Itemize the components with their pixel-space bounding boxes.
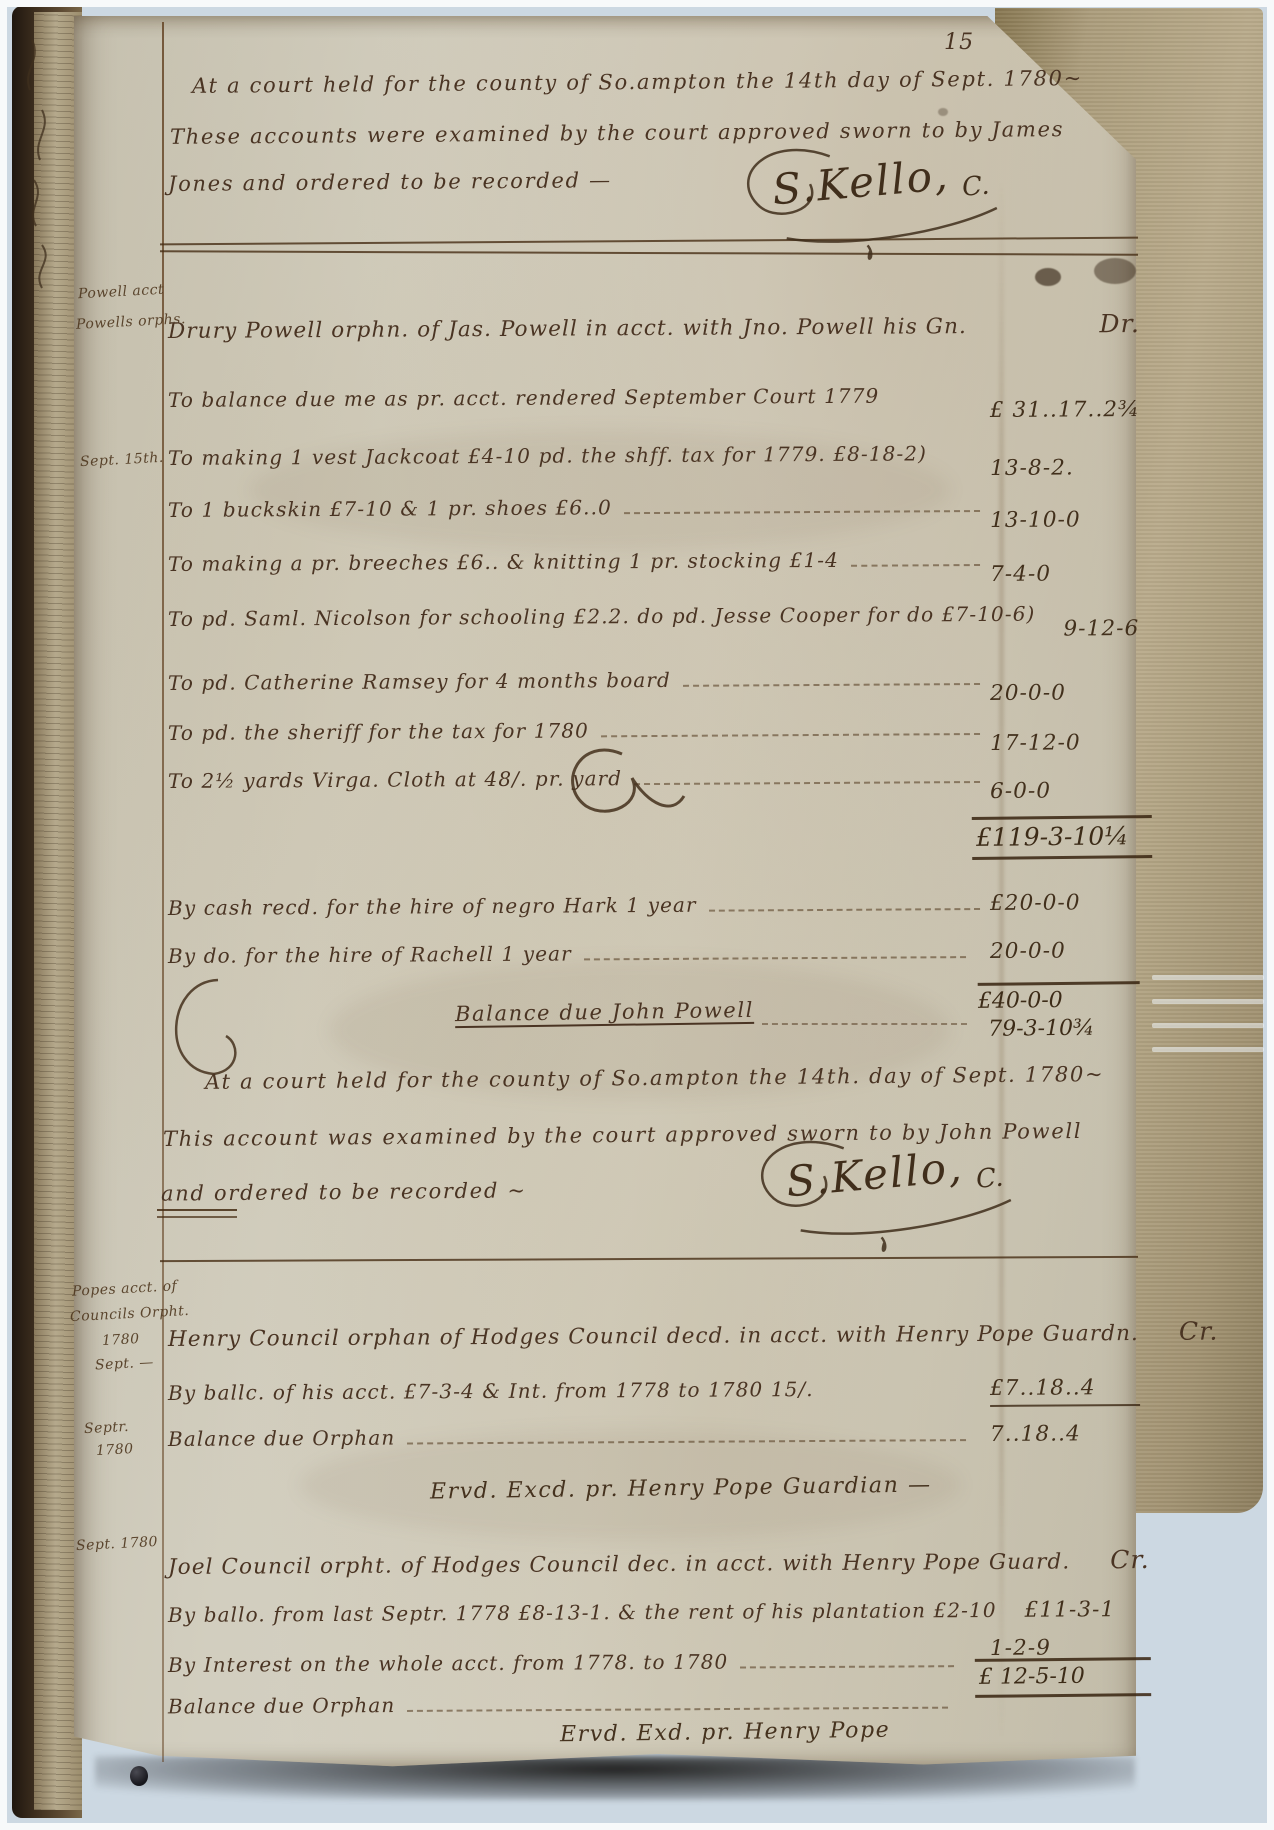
margin-note-year-2: 1780 bbox=[96, 1441, 134, 1459]
ledger-line-amount: £7..18..4 bbox=[990, 1375, 1140, 1407]
ink-speck bbox=[938, 108, 948, 116]
ledger-line: To pd. Catherine Ramsey for 4 months boa… bbox=[168, 665, 1140, 696]
henry-council-heading: Henry Council orphan of Hodges Council d… bbox=[168, 1317, 1140, 1352]
ledger-line-text: To making 1 vest Jackcoat £4-10 pd. the … bbox=[168, 441, 927, 470]
clerk-signature: S.Kello,C. bbox=[770, 147, 990, 215]
ledger-line: To making 1 vest Jackcoat £4-10 pd. the … bbox=[168, 440, 1140, 471]
ledger-line: To balance due me as pr. acct. rendered … bbox=[168, 382, 1140, 413]
ink-blot bbox=[1094, 258, 1136, 284]
ledger-line-text: To making a pr. breeches £6.. & knitting… bbox=[168, 548, 839, 576]
background-blind-stripe bbox=[1152, 999, 1264, 1004]
balance-due-label: Balance due John Powell bbox=[455, 998, 754, 1026]
joel-examined-footer: Ervd. Exd. pr. Henry Pope bbox=[560, 1718, 891, 1748]
page-bottom-shadow bbox=[95, 1756, 1135, 1800]
ledger-line-text: To pd. the sheriff for the tax for 1780 bbox=[168, 718, 589, 745]
powell-heading-text: Drury Powell orphn. of Jas. Powell in ac… bbox=[168, 314, 967, 344]
leader-dashes bbox=[1047, 620, 1053, 621]
heading-spacer bbox=[979, 331, 1078, 333]
powell-balance-amounts: £40-0-0 79-3-10¾ bbox=[978, 981, 1141, 1044]
leader-dashes bbox=[826, 1394, 980, 1396]
double-underline-mark bbox=[157, 1209, 237, 1218]
ledger-line-amount: £ 31..17..2¾ bbox=[990, 397, 1140, 423]
joel-council-heading: Joel Council orpht. of Hodges Council de… bbox=[168, 1545, 1140, 1580]
leader-dashes bbox=[1009, 1616, 1015, 1617]
ledger-line-amount: 13-8-2. bbox=[990, 455, 1140, 481]
balance-c-flourish bbox=[156, 972, 246, 1082]
ledger-line-amount: 17-12-0 bbox=[990, 730, 1140, 756]
ink-blot bbox=[1035, 268, 1061, 286]
calligraphic-flourish bbox=[552, 742, 692, 842]
ledger-line-text: By ballo. from last Septr. 1778 £8-13-1.… bbox=[168, 1598, 997, 1627]
heading-spacer bbox=[1151, 1339, 1157, 1340]
leader-dashes bbox=[624, 509, 980, 514]
joel-balance-total: £ 12-5-10 bbox=[975, 1657, 1151, 1698]
margin-note-month-2: Septr. bbox=[84, 1419, 130, 1437]
balance-amount-credits: £40-0-0 bbox=[978, 988, 1063, 1014]
ledger-line-amount: 7-4-0 bbox=[990, 561, 1140, 587]
manuscript-photo: 15 At a court held for the county of So.… bbox=[0, 0, 1274, 1830]
leader-dashes bbox=[709, 907, 980, 912]
ledger-line: To making a pr. breeches £6.. & knitting… bbox=[168, 546, 1140, 577]
leader-dashes bbox=[407, 1438, 966, 1444]
ledger-line-text: Balance due Orphan bbox=[168, 1426, 395, 1451]
powell-debit-total: £119-3-10¼ bbox=[972, 815, 1152, 860]
ledger-line-amount: £20-0-0 bbox=[990, 890, 1140, 916]
heading-spacer bbox=[1082, 1567, 1088, 1568]
leader-dashes bbox=[762, 1022, 967, 1025]
leader-dashes bbox=[740, 1664, 954, 1668]
margin-note-year: 1780 bbox=[102, 1331, 140, 1349]
page-number: 15 bbox=[944, 30, 974, 55]
ledger-line-amount: 20-0-0 bbox=[976, 938, 1140, 964]
margin-note-month: Sept. — bbox=[95, 1354, 155, 1373]
leader-dashes bbox=[407, 1706, 948, 1712]
background-blind-stripe bbox=[1152, 975, 1264, 980]
clerk-signature-title: C. bbox=[975, 1163, 1005, 1195]
balance-amount-due: 79-3-10¾ bbox=[978, 1014, 1140, 1044]
table-knob bbox=[130, 1766, 148, 1786]
ledger-line-text: To balance due me as pr. acct. rendered … bbox=[168, 384, 879, 412]
leader-dashes bbox=[584, 955, 966, 960]
ledger-line-amount: 6-0-0 bbox=[990, 778, 1140, 804]
ledger-line-amount: 7..18..4 bbox=[976, 1421, 1140, 1447]
debit-column-mark: Dr. bbox=[1099, 309, 1140, 338]
ledger-line-amount: £11-3-1 bbox=[1025, 1597, 1175, 1623]
ledger-line-amount: 13-10-0 bbox=[990, 507, 1140, 533]
ledger-line: To 1 buckskin £7-10 & 1 pr. shoes £6..0 … bbox=[168, 492, 1140, 523]
leader-dashes bbox=[601, 732, 980, 737]
leader-dashes bbox=[683, 682, 980, 687]
leader-dashes bbox=[939, 459, 980, 460]
ledger-line-text: To 1 buckskin £7-10 & 1 pr. shoes £6..0 bbox=[168, 495, 612, 522]
court-record-bottom-line3: and ordered to be recorded ~ bbox=[161, 1178, 527, 1205]
ledger-line-text: By Interest on the whole acct. from 1778… bbox=[168, 1650, 728, 1677]
court-record-top-line3: Jones and ordered to be recorded — bbox=[168, 168, 612, 196]
leader-dashes bbox=[891, 401, 979, 403]
clerk-signature-title: C. bbox=[961, 171, 991, 203]
prior-page-ink-fragments bbox=[12, 30, 76, 310]
clerk-signature: S.Kello,C. bbox=[784, 1139, 1004, 1207]
ledger-line-amount: 9-12-6 bbox=[1063, 616, 1213, 642]
ledger-line-amount: 20-0-0 bbox=[990, 680, 1140, 706]
background-blind-stripe bbox=[1152, 1023, 1264, 1028]
leader-dashes bbox=[851, 563, 980, 567]
background-blind-stripe bbox=[1152, 1047, 1264, 1052]
ledger-line-text: Balance due Orphan bbox=[168, 1693, 395, 1718]
ledger-line-text: By ballc. of his acct. £7-3-4 & Int. fro… bbox=[168, 1377, 814, 1405]
ledger-line-text: By cash recd. for the hire of negro Hark… bbox=[168, 893, 697, 920]
ledger-line: Balance due Orphan bbox=[168, 1690, 958, 1720]
ledger-line-text: To pd. Catherine Ramsey for 4 months boa… bbox=[168, 668, 671, 695]
ledger-line-text: To pd. Saml. Nicolson for schooling £2.2… bbox=[168, 602, 1036, 631]
ledger-line: By ballc. of his acct. £7-3-4 & Int. fro… bbox=[168, 1375, 1140, 1412]
ledger-line-text: By do. for the hire of Rachell 1 year bbox=[168, 942, 572, 968]
powell-account-heading: Drury Powell orphn. of Jas. Powell in ac… bbox=[168, 309, 1140, 344]
credit-column-mark: Cr. bbox=[1110, 1545, 1140, 1574]
